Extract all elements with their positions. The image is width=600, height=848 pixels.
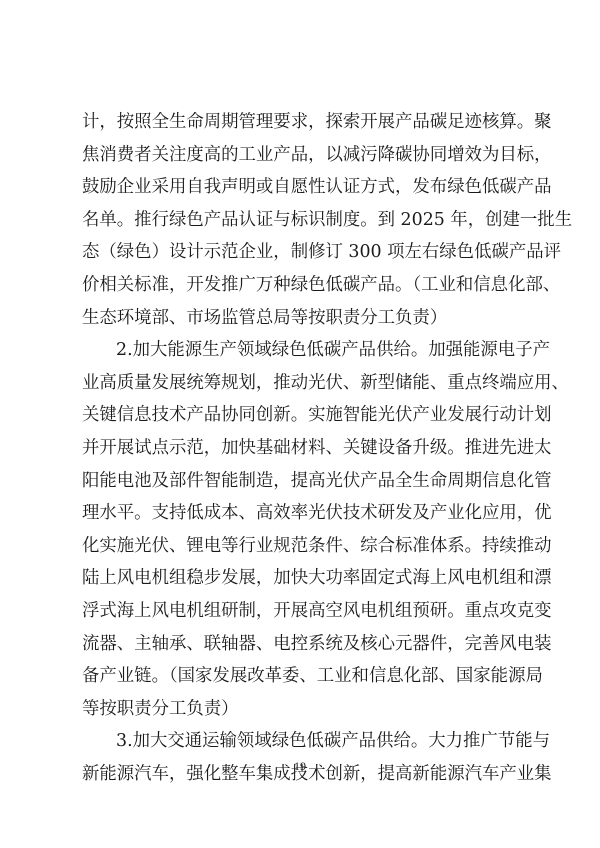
text-line: 并开展试点示范，加快基础材料、关键设备升级。推进先进太 bbox=[82, 432, 520, 465]
text-line: 计，按照全生命周期管理要求，探索开展产品碳足迹核算。聚 bbox=[82, 106, 520, 139]
text-line: 浮式海上风电机组研制，开展高空风电机组预研。重点攻克变 bbox=[82, 595, 520, 628]
text-line: 流器、主轴承、联轴器、电控系统及核心元器件，完善风电装 bbox=[82, 628, 520, 661]
text-line: 等按职责分工负责） bbox=[82, 693, 520, 726]
text-line: 价相关标准，开发推广万种绿色低碳产品。（工业和信息化部、 bbox=[82, 269, 520, 302]
text-line: 名单。推行绿色产品认证与标识制度。到 2025 年，创建一批生 bbox=[82, 204, 520, 237]
text-line: 焦消费者关注度高的工业产品，以减污降碳协同增效为目标， bbox=[82, 139, 520, 172]
document-body: 计，按照全生命周期管理要求，探索开展产品碳足迹核算。聚 焦消费者关注度高的工业产… bbox=[82, 106, 520, 790]
text-line: 业高质量发展统筹规划，推动光伏、新型储能、重点终端应用、 bbox=[82, 367, 520, 400]
section-heading-line: 3.加大交通运输领域绿色低碳产品供给。大力推广节能与 bbox=[82, 725, 520, 758]
text-line: 化实施光伏、锂电等行业规范条件、综合标准体系。持续推动 bbox=[82, 530, 520, 563]
text-line: 陆上风电机组稳步发展，加快大功率固定式海上风电机组和漂 bbox=[82, 562, 520, 595]
text-line: 态（绿色）设计示范企业，制修订 300 项左右绿色低碳产品评 bbox=[82, 236, 520, 269]
text-line: 关键信息技术产品协同创新。实施智能光伏产业发展行动计划 bbox=[82, 399, 520, 432]
page-number: 19 bbox=[0, 759, 600, 774]
text-line: 备产业链。（国家发展改革委、工业和信息化部、国家能源局 bbox=[82, 660, 520, 693]
text-line: 阳能电池及部件智能制造，提高光伏产品全生命周期信息化管 bbox=[82, 465, 520, 498]
text-line: 生态环境部、市场监管总局等按职责分工负责） bbox=[82, 302, 520, 335]
text-line: 鼓励企业采用自我声明或自愿性认证方式，发布绿色低碳产品 bbox=[82, 171, 520, 204]
section-heading-line: 2.加大能源生产领域绿色低碳产品供给。加强能源电子产 bbox=[82, 334, 520, 367]
text-line: 理水平。支持低成本、高效率光伏技术研发及产业化应用，优 bbox=[82, 497, 520, 530]
